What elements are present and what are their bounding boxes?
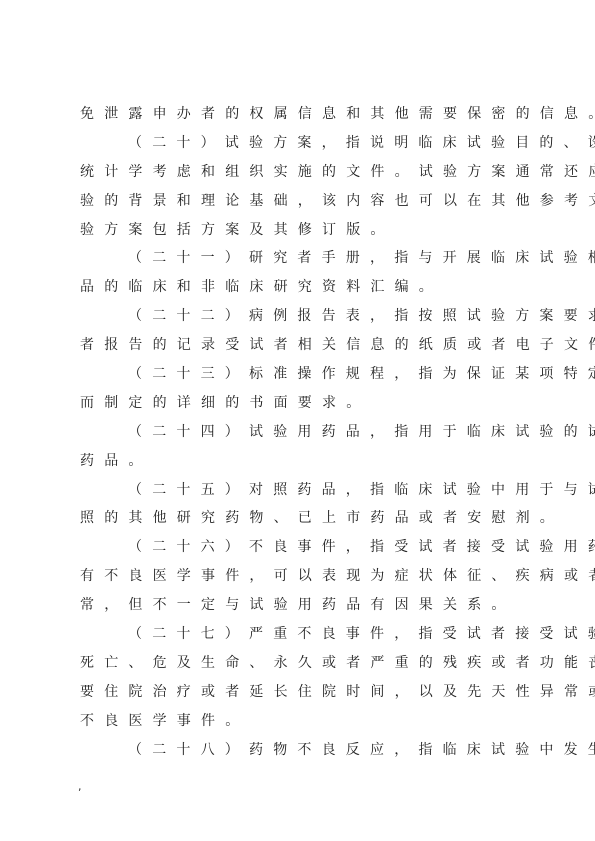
footer-mark: , [78,780,82,793]
clause-21-line: （二十一）研究者手册，指与开展临床试验相关的试验用药 [80,244,520,273]
clause-24-line: （二十四）试验用药品，指用于临床试验的试验药物、对照 [80,418,520,447]
text-line: 药品。 [80,447,520,476]
document-page: 免泄露申办者的权属信息和其他需要保密的信息。 （二十）试验方案，指说明临床试验目… [80,100,520,764]
text-line: 者报告的记录受试者相关信息的纸质或者电子文件。 [80,331,520,360]
clause-25-line: （二十五）对照药品，指临床试验中用于与试验药物参比对 [80,476,520,505]
text-line: 不良医学事件。 [80,707,520,736]
clause-26-line: （二十六）不良事件，指受试者接受试验用药品后出现的所 [80,533,520,562]
text-line: 死亡、危及生命、永久或者严重的残疾或者功能丧失、受试者需 [80,649,520,678]
text-line: 要住院治疗或者延长住院时间，以及先天性异常或者出生缺陷等 [80,678,520,707]
clause-20-line: （二十）试验方案，指说明临床试验目的、设计、方法学、 [80,129,520,158]
text-line: 有不良医学事件，可以表现为症状体征、疾病或者实验室检查异 [80,562,520,591]
text-line: 而制定的详细的书面要求。 [80,389,520,418]
clause-23-line: （二十三）标准操作规程，指为保证某项特定操作的一致性 [80,360,520,389]
clause-27-line: （二十七）严重不良事件，指受试者接受试验用药品后出现 [80,620,520,649]
clause-22-line: （二十二）病例报告表，指按照试验方案要求设计，向申办 [80,302,520,331]
text-line: 验的背景和理论基础，该内容也可以在其他参考文件中给出。试 [80,187,520,216]
text-line: 常，但不一定与试验用药品有因果关系。 [80,591,520,620]
text-line: 验方案包括方案及其修订版。 [80,216,520,245]
clause-28-line: （二十八）药物不良反应，指临床试验中发生的任何与试验 [80,736,520,765]
text-line: 统计学考虑和组织实施的文件。试验方案通常还应当包括临床试 [80,158,520,187]
text-line: 免泄露申办者的权属信息和其他需要保密的信息。 [80,100,520,129]
text-line: 品的临床和非临床研究资料汇编。 [80,273,520,302]
text-line: 照的其他研究药物、已上市药品或者安慰剂。 [80,504,520,533]
